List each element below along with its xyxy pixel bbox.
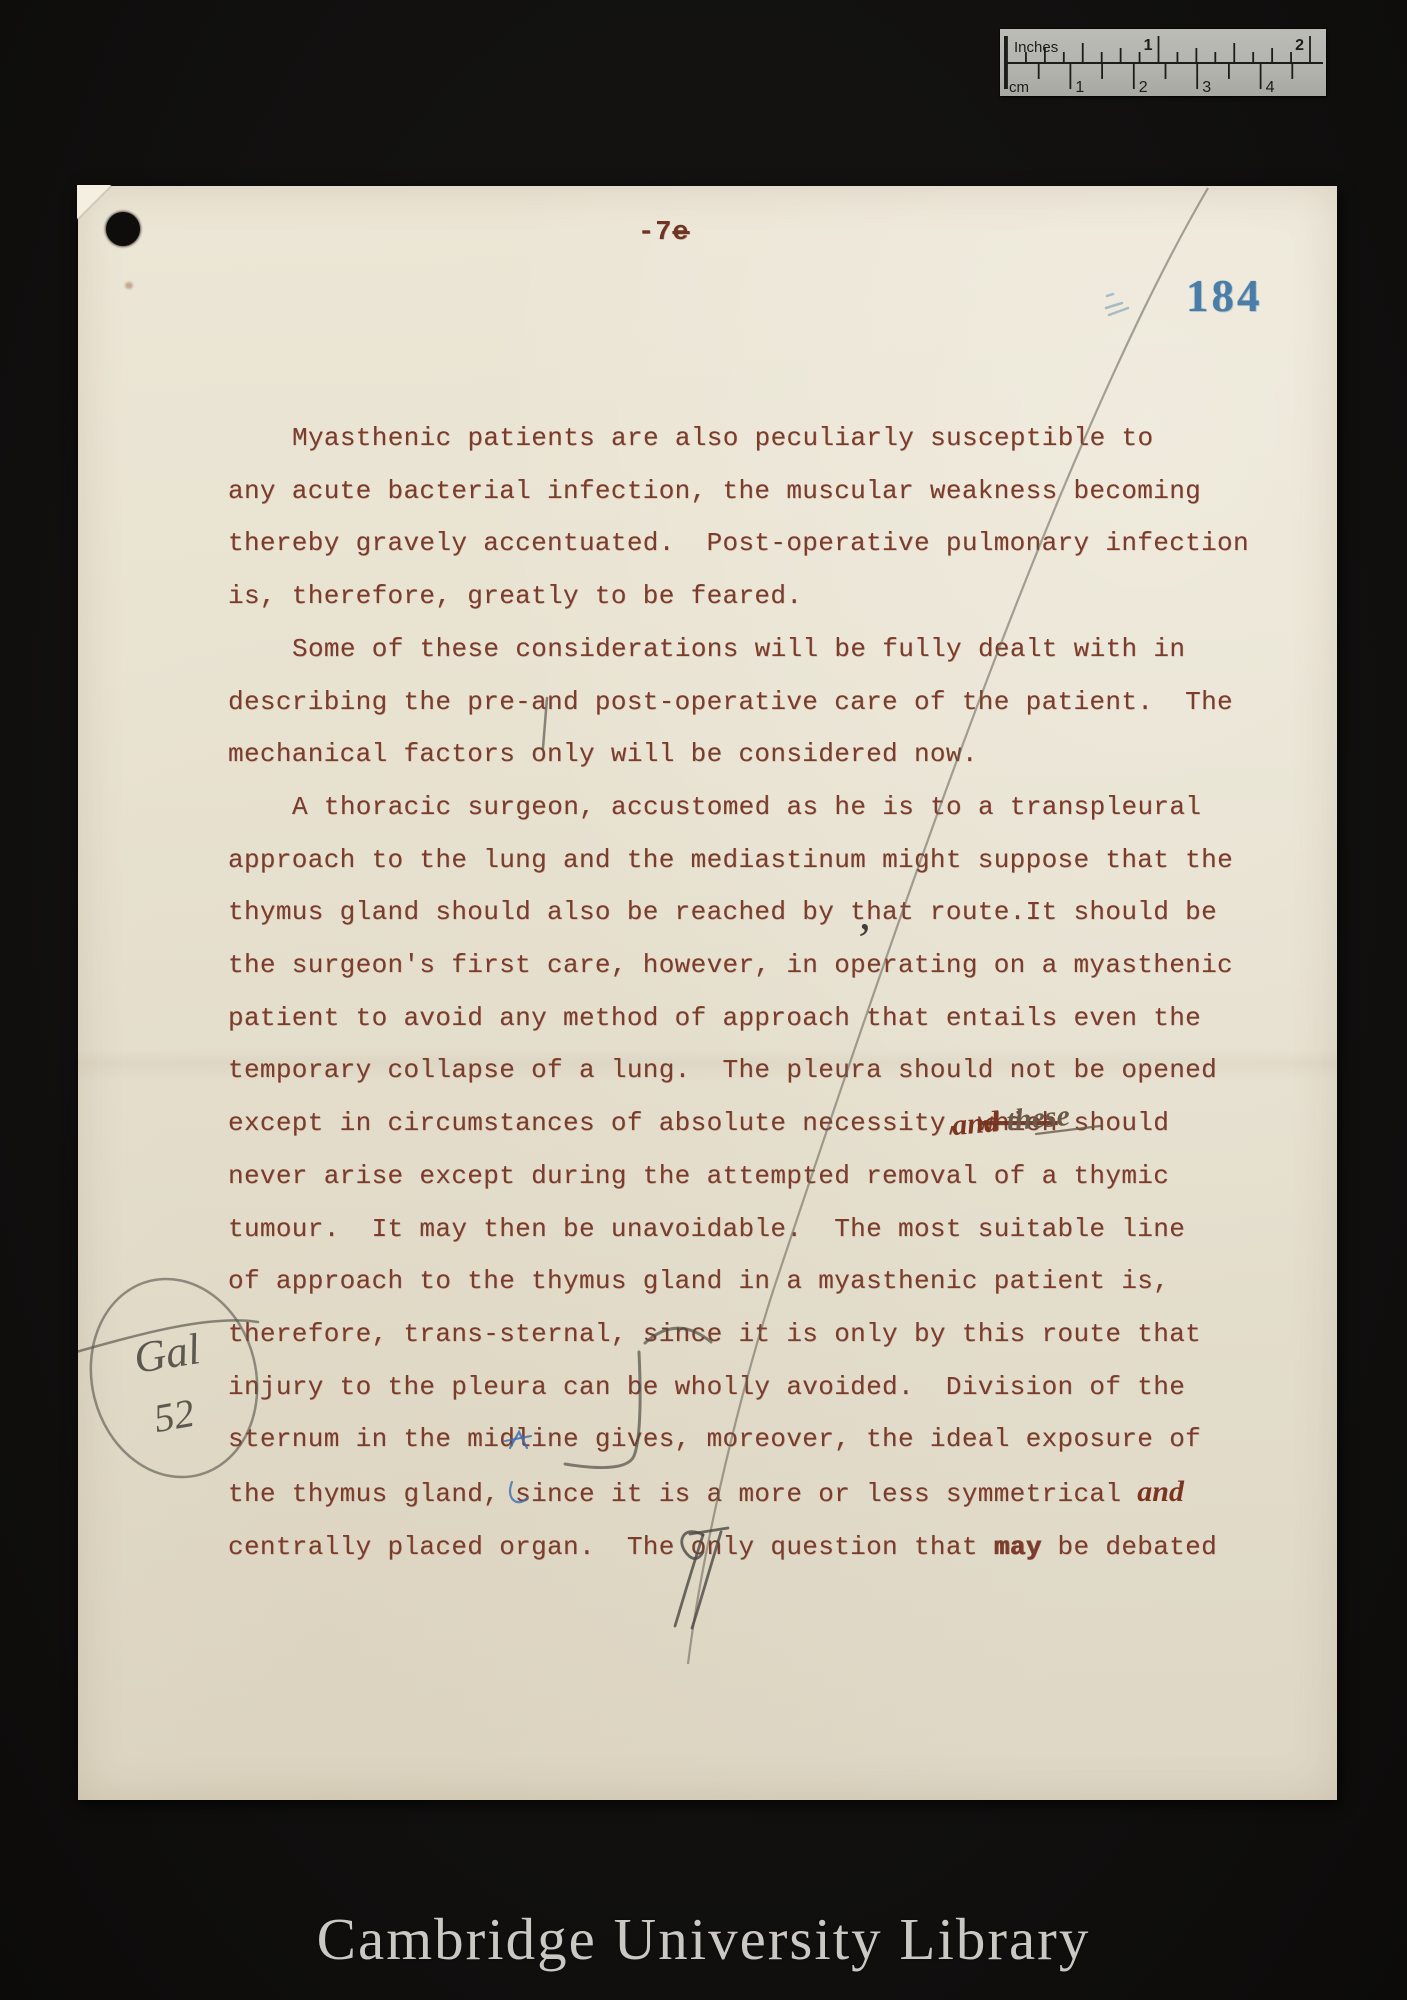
typescript-line: the thymus gland, since it is a more or … (228, 1466, 1313, 1521)
typescript-line: mechanical factors only will be consider… (228, 728, 1313, 781)
corner-fold (77, 185, 113, 221)
typescript-line: sternum in the midline gives, moreover, … (228, 1413, 1313, 1466)
typescript-line: never arise except during the attempted … (228, 1150, 1313, 1203)
svg-text:3: 3 (1202, 79, 1211, 96)
typescript-line: A thoracic surgeon, accustomed as he is … (228, 781, 1313, 834)
typescript-line: except in circumstances of absolute nece… (228, 1097, 1313, 1150)
svg-text:1: 1 (1144, 37, 1153, 54)
scale-ruler: Inchescm121234 (1000, 29, 1326, 96)
typescript-line: injury to the pleura can be wholly avoid… (228, 1361, 1313, 1414)
typescript-line: Myasthenic patients are also peculiarly … (228, 412, 1313, 465)
typescript-line: any acute bacterial infection, the muscu… (228, 465, 1313, 518)
typescript-line: temporary collapse of a lung. The pleura… (228, 1044, 1313, 1097)
svg-text:cm: cm (1009, 79, 1029, 96)
typescript-line: the surgeon's first care, however, in op… (228, 939, 1313, 992)
margin-note-text: Gal (130, 1323, 203, 1384)
typescript-block: Myasthenic patients are also peculiarly … (228, 412, 1313, 1573)
typescript-line: thereby gravely accentuated. Post-operat… (228, 517, 1313, 570)
blue-smudge (1106, 294, 1128, 315)
page-number: -7 (638, 218, 672, 248)
typescript-line: is, therefore, greatly to be feared. (228, 570, 1313, 623)
typescript-line: centrally placed organ. The only questio… (228, 1521, 1313, 1574)
typescript-line: patient to avoid any method of approach … (228, 992, 1313, 1045)
archive-folio-stamp: 184 (1186, 270, 1263, 322)
svg-text:2: 2 (1295, 37, 1304, 54)
paper-sheet: -7e 184 Myasthenic patients are also pec… (78, 186, 1337, 1800)
typescript-line: of approach to the thymus gland in a mya… (228, 1255, 1313, 1308)
typescript-line: therefore, trans-sternal, since it is on… (228, 1308, 1313, 1361)
archival-photograph: { "colors": { "backdrop": "#121110", "pa… (0, 0, 1407, 2000)
typescript-line: Some of these considerations will be ful… (228, 623, 1313, 676)
typescript-line: thymus gland should also be reached by t… (228, 886, 1313, 939)
svg-text:2: 2 (1139, 79, 1148, 96)
typescript-line: tumour. It may then be unavoidable. The … (228, 1203, 1313, 1256)
page-number-header: -7e (638, 218, 690, 248)
paper-stain (125, 282, 133, 289)
punch-hole (106, 212, 140, 246)
typescript-line: describing the pre-and post-operative ca… (228, 676, 1313, 729)
svg-text:Inches: Inches (1014, 39, 1058, 56)
typescript-line: approach to the lung and the mediastinum… (228, 834, 1313, 887)
margin-note-number: 52 (150, 1389, 198, 1442)
ruler-markings: Inchescm121234 (1000, 29, 1326, 96)
svg-text:1: 1 (1075, 79, 1084, 96)
library-watermark: Cambridge University Library (0, 1905, 1407, 1974)
svg-text:4: 4 (1266, 79, 1275, 96)
cancelled-character: e (672, 218, 689, 248)
